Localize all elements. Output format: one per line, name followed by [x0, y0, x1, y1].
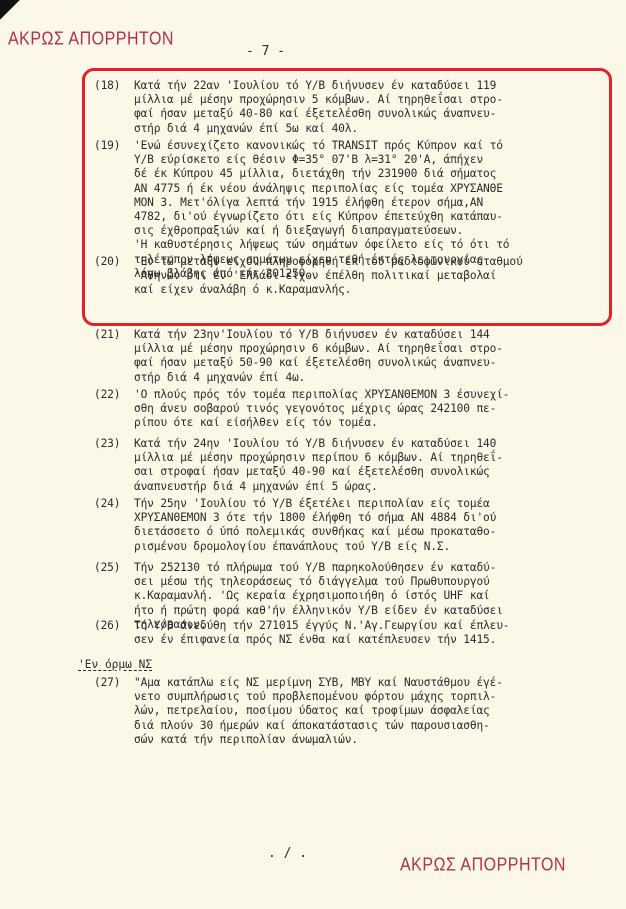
continuation-mark: . / . — [268, 846, 307, 861]
scan-corner-mark — [0, 0, 20, 20]
line-text: ΧΡΥΣΑΝΘΕΜΟΝ 3 ότε τήν 1800 έλήφθη τό σήμ… — [134, 511, 496, 524]
paragraph-line: ρίπου ότε καί είσήλθεν είς τόν τομέα. — [94, 416, 614, 430]
line-text: "Αμα κατάπλω είς ΝΣ μερίμνη ΣΥΒ, ΜΒΥ καί… — [134, 676, 503, 689]
line-text: φαί ήσαν μεταξύ 50-90 καί έξετελέσθη συν… — [134, 356, 496, 369]
paragraph-line: κ.Καραμανλή. 'Ως κεραία έχρησιμοποιήθη ό… — [94, 589, 614, 603]
paragraph-line: στήρ διά 4 μηχανών έπί 4ω. — [94, 371, 614, 385]
line-text: διά πλούν 30 ήμερών καί άποκατάστασις τώ… — [134, 719, 490, 732]
paragraph-line: μίλλια μέ μέσην προχώρησιν 6 κόμβων. Αί … — [94, 342, 614, 356]
line-text: σει μέσω τής τηλεοράσεως τό διάγγελμα το… — [134, 575, 490, 588]
paragraph-line: (23)Κατά τήν 24ην 'Ιουλίου τό Υ/Β διήνυσ… — [94, 437, 614, 451]
paragraph: (23)Κατά τήν 24ην 'Ιουλίου τό Υ/Β διήνυσ… — [94, 437, 614, 494]
line-text: νετο συμπλήρωσις τού προβλεπομένου φόρτο… — [134, 690, 496, 703]
line-text: σεν έν έπιφανεία πρός ΝΣ ένθα καί κατέπλ… — [134, 633, 496, 646]
paragraph: (22)'Ο πλούς πρός τόν τομέα περιπολίας Χ… — [94, 388, 614, 431]
paragraph-line: σεν έν έπιφανεία πρός ΝΣ ένθα καί κατέπλ… — [94, 633, 614, 647]
paragraph-number: (26) — [94, 619, 134, 633]
paragraph-line: ΧΡΥΣΑΝΘΕΜΟΝ 3 ότε τήν 1800 έλήφθη τό σήμ… — [94, 511, 614, 525]
paragraph-line: (25)Τήν 252130 τό πλήρωμα τού Υ/Β παρηκο… — [94, 561, 614, 575]
line-text: σθη άνευ σοβαρού τινός γεγονότος μέχρις … — [134, 402, 496, 415]
line-text: Τήν 252130 τό πλήρωμα τού Υ/Β παρηκολούθ… — [134, 561, 496, 574]
line-text: σαι στροφαί ήσαν μεταξύ 40-90 καί έξετελ… — [134, 465, 490, 478]
paragraph: (21)Κατά τήν 23ην'Ιουλίου τό Υ/Β διήνυσε… — [94, 328, 614, 385]
line-text: μίλλια μέ μέσην προχώρησιν 6 κόμβων. Αί … — [134, 342, 503, 355]
classification-stamp-top: ΑΚΡΩΣ ΑΠΟΡΡΗΤΟΝ — [8, 30, 174, 51]
page-number: - 7 - — [246, 44, 285, 59]
paragraph-line: διετάσσετο ό ύπό πολεμικάς συνθήκας καί … — [94, 525, 614, 539]
paragraph-line: άναπνευστήρ διά 4 μηχανών έπί 5 ώρας. — [94, 480, 614, 494]
paragraph-number: (23) — [94, 437, 134, 451]
paragraph-number: (21) — [94, 328, 134, 342]
line-text: 'Ο πλούς πρός τόν τομέα περιπολίας ΧΡΥΣΑ… — [134, 388, 509, 401]
paragraph: (27)"Αμα κατάπλω είς ΝΣ μερίμνη ΣΥΒ, ΜΒΥ… — [94, 676, 614, 747]
line-text: μίλλια μέ μέσην προχώρησιν περίπου 6 κόμ… — [134, 451, 503, 464]
line-text: ρίπου ότε καί είσήλθεν είς τόν τομέα. — [134, 416, 378, 429]
paragraph-line: διά πλούν 30 ήμερών καί άποκατάστασις τώ… — [94, 719, 614, 733]
line-text: λών, πετρελαίου, ποσίμου ύδατος καί τροφ… — [134, 704, 490, 717]
paragraph-number: (25) — [94, 561, 134, 575]
paragraph-number: (24) — [94, 497, 134, 511]
paragraph-number: (27) — [94, 676, 134, 690]
paragraph: (26)Τό Υ/Β άνεδύθη τήν 271015 έγγύς Ν.'Α… — [94, 619, 614, 647]
line-text: ήτο ή πρώτη φορά καθ'ήν έλληνικόν Υ/Β εί… — [134, 604, 503, 617]
paragraph-number: (22) — [94, 388, 134, 402]
line-text: ρισμένου δρομολογίου έπανάπλους τού Υ/Β … — [134, 540, 450, 553]
line-text: διετάσσετο ό ύπό πολεμικάς συνθήκας καί … — [134, 525, 496, 538]
paragraph-line: (21)Κατά τήν 23ην'Ιουλίου τό Υ/Β διήνυσε… — [94, 328, 614, 342]
paragraph-line: (24)Τήν 25ην 'Ιουλίου τό Υ/Β έξετέλει πε… — [94, 497, 614, 511]
paragraph-line: ρισμένου δρομολογίου έπανάπλους τού Υ/Β … — [94, 540, 614, 554]
line-text: άναπνευστήρ διά 4 μηχανών έπί 5 ώρας. — [134, 480, 378, 493]
paragraph-line: φαί ήσαν μεταξύ 50-90 καί έξετελέσθη συν… — [94, 356, 614, 370]
paragraph: (24)Τήν 25ην 'Ιουλίου τό Υ/Β έξετέλει πε… — [94, 497, 614, 554]
line-text: Τήν 25ην 'Ιουλίου τό Υ/Β έξετέλει περιπο… — [134, 497, 490, 510]
classification-stamp-bottom: ΑΚΡΩΣ ΑΠΟΡΡΗΤΟΝ — [400, 856, 566, 877]
line-text: Τό Υ/Β άνεδύθη τήν 271015 έγγύς Ν.'Αγ.Γε… — [134, 619, 509, 632]
paragraph-line: (22)'Ο πλούς πρός τόν τομέα περιπολίας Χ… — [94, 388, 614, 402]
line-text: Κατά τήν 24ην 'Ιουλίου τό Υ/Β διήνυσεν έ… — [134, 437, 496, 450]
line-text: κ.Καραμανλή. 'Ως κεραία έχρησιμοποιήθη ό… — [134, 589, 490, 602]
paragraph-line: ήτο ή πρώτη φορά καθ'ήν έλληνικόν Υ/Β εί… — [94, 604, 614, 618]
paragraph-line: σει μέσω τής τηλεοράσεως τό διάγγελμα το… — [94, 575, 614, 589]
section-heading: 'Εν όρμω ΝΣ — [78, 658, 152, 671]
paragraph-line: σθη άνευ σοβαρού τινός γεγονότος μέχρις … — [94, 402, 614, 416]
paragraph-line: νετο συμπλήρωσις τού προβλεπομένου φόρτο… — [94, 690, 614, 704]
paragraph-line: λών, πετρελαίου, ποσίμου ύδατος καί τροφ… — [94, 704, 614, 718]
line-text: Κατά τήν 23ην'Ιουλίου τό Υ/Β διήνυσεν έν… — [134, 328, 490, 341]
paragraph-line: μίλλια μέ μέσην προχώρησιν περίπου 6 κόμ… — [94, 451, 614, 465]
paragraph-line: σών κατά τήν περιπολίαν άνωμαλιών. — [94, 733, 614, 747]
highlight-annotation-box — [82, 68, 612, 326]
paragraph-line: σαι στροφαί ήσαν μεταξύ 40-90 καί έξετελ… — [94, 465, 614, 479]
paragraph-line: (26)Τό Υ/Β άνεδύθη τήν 271015 έγγύς Ν.'Α… — [94, 619, 614, 633]
line-text: στήρ διά 4 μηχανών έπί 4ω. — [134, 371, 305, 384]
line-text: σών κατά τήν περιπολίαν άνωμαλιών. — [134, 733, 358, 746]
paragraph-line: (27)"Αμα κατάπλω είς ΝΣ μερίμνη ΣΥΒ, ΜΒΥ… — [94, 676, 614, 690]
